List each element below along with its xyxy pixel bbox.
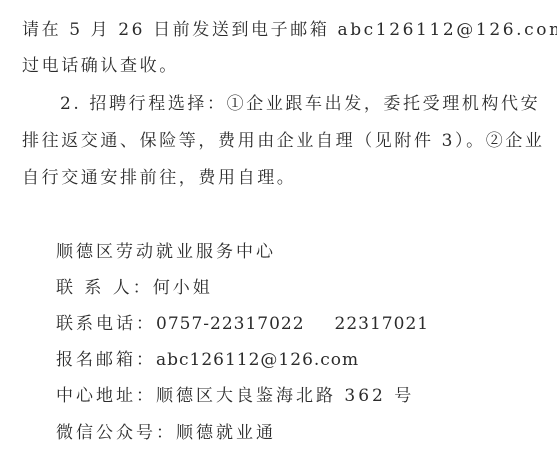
paragraph2-line3: 自行交通安排前往，费用自理。 — [22, 168, 296, 188]
address-value: 顺德区大良鉴海北路 362 号 — [156, 386, 414, 406]
organization-name: 顺德区劳动就业服务中心 — [56, 242, 276, 262]
paragraph2-line1: 2. 招聘行程选择：①企业跟车出发，委托受理机构代安 — [60, 94, 540, 114]
phone-value-1: 0757-22317022 — [156, 314, 305, 334]
wechat-label: 微信公众号： — [56, 423, 176, 443]
contact-person-value: 何小姐 — [153, 278, 213, 298]
contact-person-label: 联 系 人： — [56, 278, 153, 298]
paragraph1-line1: 请在 5 月 26 日前发送到电子邮箱 abc126112@126.com，并通 — [22, 20, 557, 40]
email-row: 报名邮箱：abc126112@126.com — [56, 350, 359, 370]
email-label: 报名邮箱： — [56, 350, 156, 370]
address-row: 中心地址：顺德区大良鉴海北路 362 号 — [56, 386, 414, 406]
contact-person-row: 联 系 人：何小姐 — [56, 278, 213, 298]
paragraph1-line2: 过电话确认查收。 — [22, 56, 179, 76]
paragraph2-line2: 排往返交通、保险等，费用由企业自理（见附件 3）。②企业 — [22, 131, 545, 151]
phone-label: 联系电话： — [56, 314, 156, 334]
wechat-row: 微信公众号：顺德就业通 — [56, 423, 276, 443]
email-value: abc126112@126.com — [156, 350, 359, 370]
phone-row: 联系电话：0757-2231702222317021 — [56, 314, 429, 334]
address-label: 中心地址： — [56, 386, 156, 406]
phone-value-2: 22317021 — [335, 314, 430, 334]
wechat-value: 顺德就业通 — [176, 423, 276, 443]
